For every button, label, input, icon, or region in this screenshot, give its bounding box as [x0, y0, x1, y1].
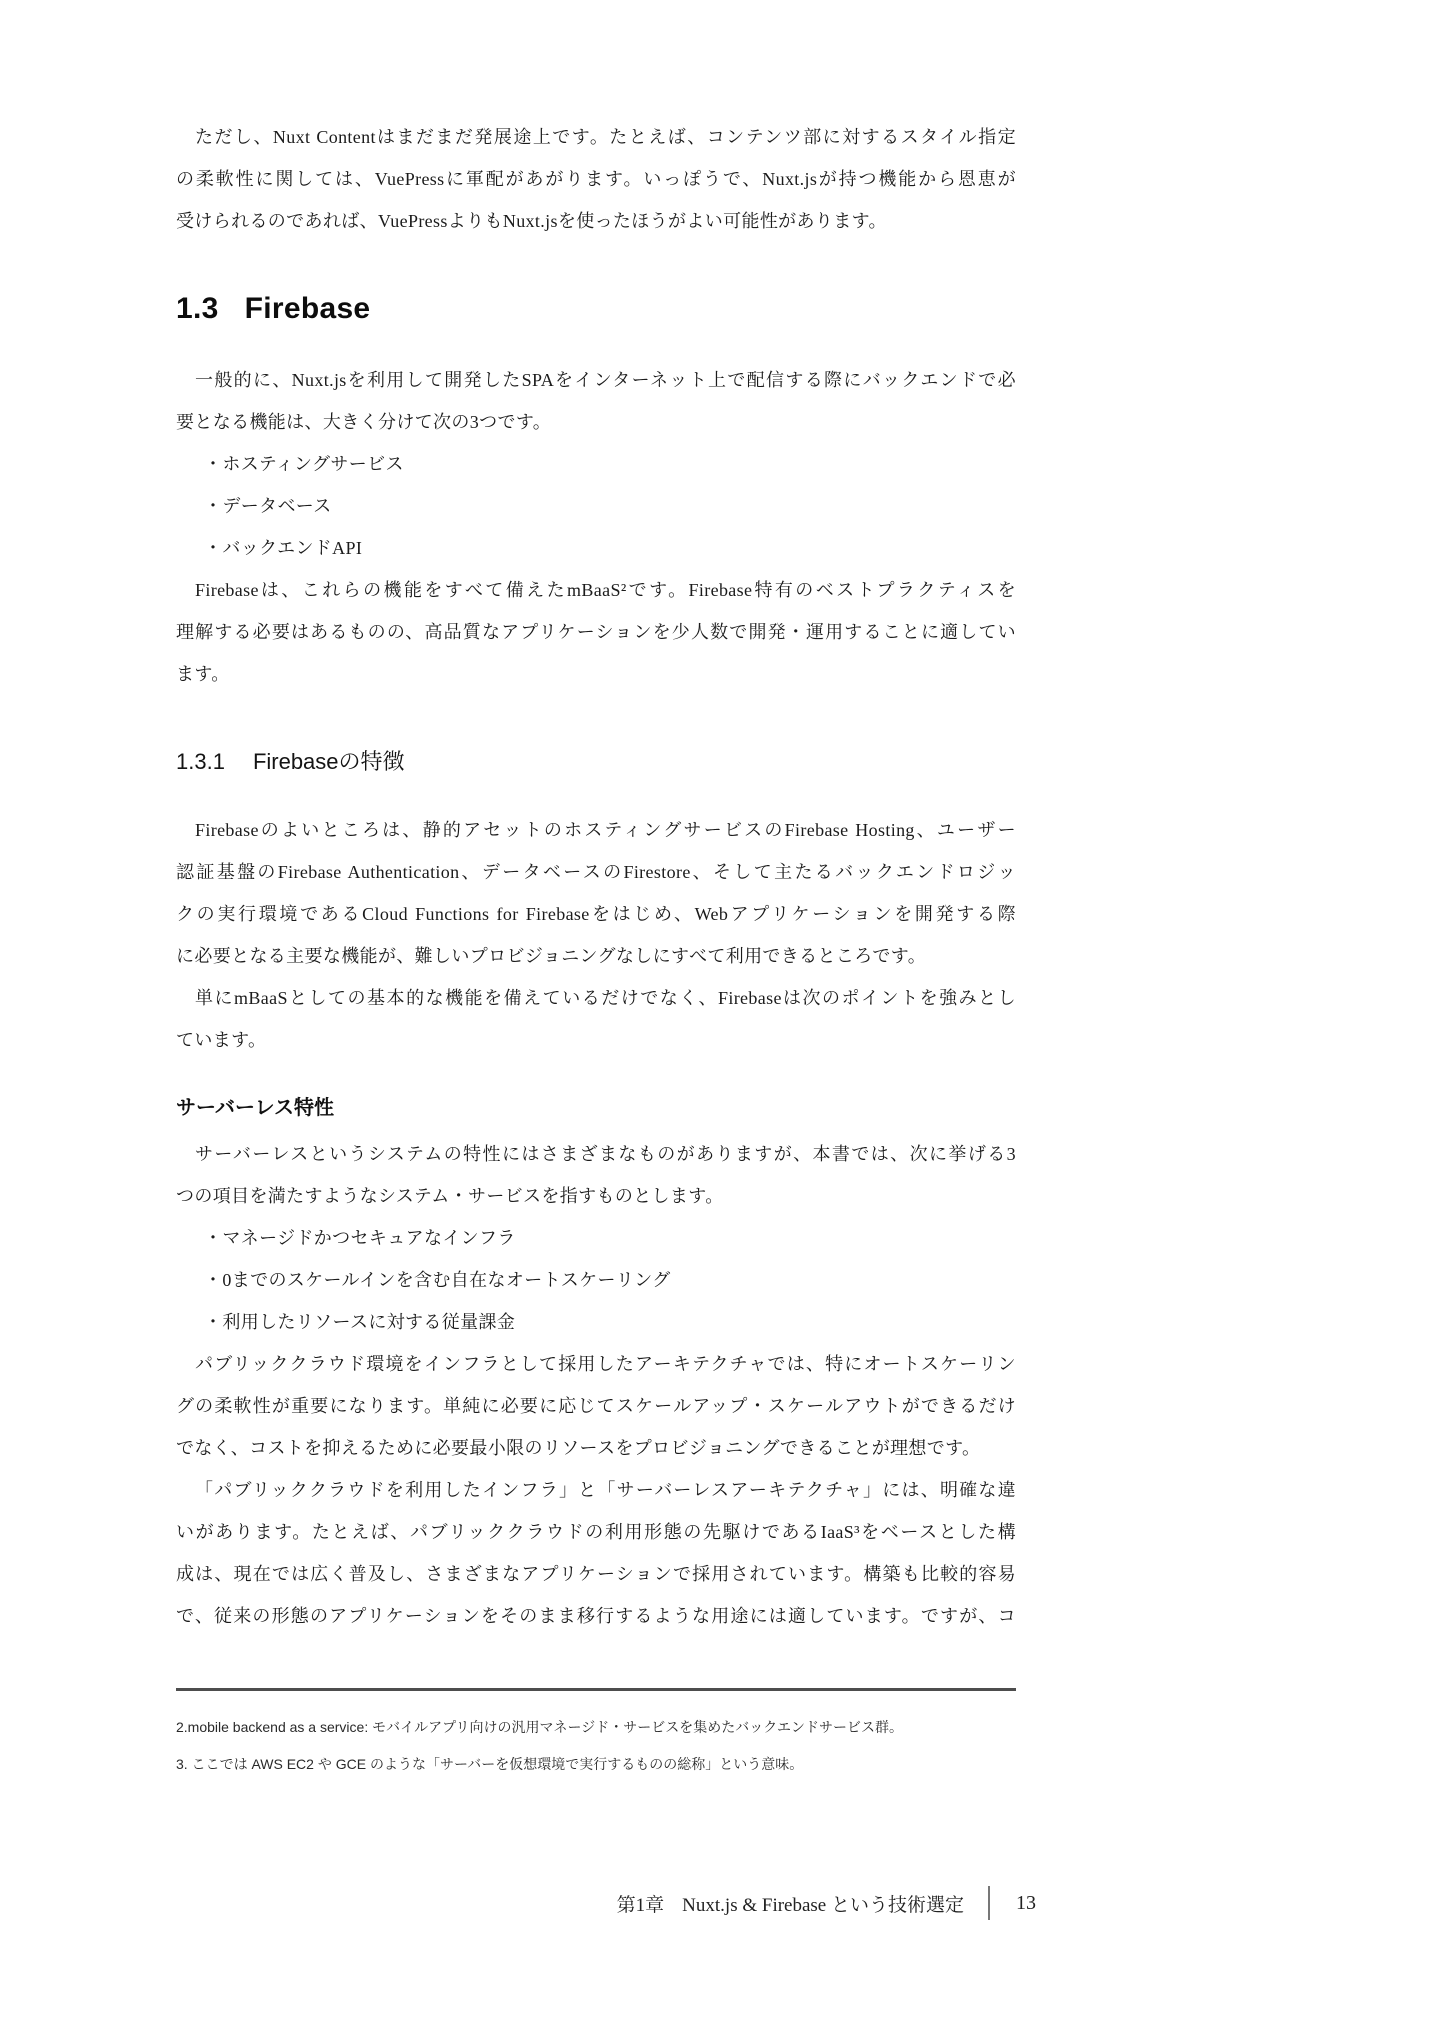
page-footer: 第1章 Nuxt.js & Firebase という技術選定 13: [176, 1886, 1036, 1920]
paragraph-line: で、従来の形態のアプリケーションをそのまま移行するような用途には適しています。で…: [176, 1595, 1016, 1637]
backend-feature-list: ・ホスティングサービス ・データベース ・バックエンドAPI: [176, 443, 1016, 569]
footnote-3-iaas: 3. ここでは AWS EC2 や GCE のような「サーバーを仮想環境で実行す…: [176, 1746, 1016, 1783]
book-page: ただし、Nuxt Contentはまだまだ発展途上です。たとえば、コンテンツ部に…: [0, 0, 1433, 2024]
serverless-criteria-list: ・マネージドかつセキュアなインフラ ・0までのスケールインを含む自在なオートスケ…: [176, 1217, 1016, 1343]
paragraph-line: ます。: [176, 653, 1016, 695]
paragraph-line: グの柔軟性が重要になります。単純に必要に応じてスケールアップ・スケールアウトがで…: [176, 1385, 1016, 1427]
footer-chapter-label: 第1章: [617, 1890, 665, 1917]
firebase-features-paragraph: Firebaseのよいところは、静的アセットのホスティングサービスのFireba…: [176, 809, 1016, 977]
paragraph-line: 要となる機能は、大きく分けて次の3つです。: [176, 401, 1016, 443]
paragraph-line: でなく、コストを抑えるために必要最小限のリソースをプロビジョニングできることが理…: [176, 1427, 1016, 1469]
intro-paragraph: ただし、Nuxt Contentはまだまだ発展途上です。たとえば、コンテンツ部に…: [176, 116, 1016, 242]
paragraph-line: 認証基盤のFirebase Authentication、データベースのFire…: [176, 851, 1016, 893]
section-number: 1.3: [176, 292, 219, 325]
footnote-separator: [176, 1688, 1016, 1691]
footer-divider: [988, 1886, 990, 1920]
text-block: ただし、Nuxt Contentはまだまだ発展途上です。たとえば、コンテンツ部に…: [0, 0, 1433, 1637]
firebase-strengths-paragraph: 単にmBaaSとしての基本的な機能を備えているだけでなく、Firebaseは次の…: [176, 977, 1016, 1061]
footnote-2-mbaas: 2.mobile backend as a service: モバイルアプリ向け…: [176, 1709, 1016, 1746]
paragraph-line: ただし、Nuxt Contentはまだまだ発展途上です。たとえば、コンテンツ部に…: [176, 116, 1016, 158]
paragraph-line: Firebaseは、これらの機能をすべて備えたmBaaS²です。Firebase…: [176, 569, 1016, 611]
paragraph-line: 理解する必要はあるものの、高品質なアプリケーションを少人数で開発・運用することに…: [176, 611, 1016, 653]
paragraph-line: に必要となる主要な機能が、難しいプロビジョニングなしにすべて利用できるところです…: [176, 935, 1016, 977]
footnotes: 2.mobile backend as a service: モバイルアプリ向け…: [176, 1709, 1016, 1783]
paragraph-line: 単にmBaaSとしての基本的な機能を備えているだけでなく、Firebaseは次の…: [176, 977, 1016, 1019]
paragraph-line: パブリッククラウド環境をインフラとして採用したアーキテクチャでは、特にオートスケ…: [176, 1343, 1016, 1385]
subsection-title: Firebaseの特徴: [253, 749, 405, 774]
list-item-managed-infra: ・マネージドかつセキュアなインフラ: [176, 1217, 1016, 1259]
page-number: 13: [1016, 1892, 1036, 1915]
section-1-3-intro-paragraph: 一般的に、Nuxt.jsを利用して開発したSPAをインターネット上で配信する際に…: [176, 359, 1016, 443]
list-item-backend-api: ・バックエンドAPI: [176, 527, 1016, 569]
list-item-database: ・データベース: [176, 485, 1016, 527]
list-item-hosting: ・ホスティングサービス: [176, 443, 1016, 485]
paragraph-line: いがあります。たとえば、パブリッククラウドの利用形態の先駆けであるIaaS³をベ…: [176, 1511, 1016, 1553]
serverless-heading: サーバーレス特性: [176, 1091, 1016, 1125]
paragraph-line: 成は、現在では広く普及し、さまざまなアプリケーションで採用されています。構築も比…: [176, 1553, 1016, 1595]
paragraph-line: の柔軟性に関しては、VuePressに軍配があがります。いっぽうで、Nuxt.j…: [176, 158, 1016, 200]
paragraph-line: ています。: [176, 1019, 1016, 1061]
paragraph-line: Firebaseのよいところは、静的アセットのホスティングサービスのFireba…: [176, 809, 1016, 851]
paragraph-line: 「パブリッククラウドを利用したインフラ」と「サーバーレスアーキテクチャ」には、明…: [176, 1469, 1016, 1511]
list-item-autoscaling: ・0までのスケールインを含む自在なオートスケーリング: [176, 1259, 1016, 1301]
subsection-number: 1.3.1: [176, 749, 225, 774]
section-title: Firebase: [245, 292, 371, 325]
serverless-intro-paragraph: サーバーレスというシステムの特性にはさまざまなものがありますが、本書では、次に挙…: [176, 1133, 1016, 1217]
footer-chapter-title: Nuxt.js & Firebase という技術選定: [682, 1890, 964, 1917]
firebase-mbaas-paragraph: Firebaseは、これらの機能をすべて備えたmBaaS²です。Firebase…: [176, 569, 1016, 695]
paragraph-line: サーバーレスというシステムの特性にはさまざまなものがありますが、本書では、次に挙…: [176, 1133, 1016, 1175]
paragraph-line: 受けられるのであれば、VuePressよりもNuxt.jsを使ったほうがよい可能…: [176, 200, 1016, 242]
paragraph-line: 一般的に、Nuxt.jsを利用して開発したSPAをインターネット上で配信する際に…: [176, 359, 1016, 401]
section-1-3-heading: 1.3Firebase: [176, 289, 1016, 329]
iaas-comparison-paragraph: 「パブリッククラウドを利用したインフラ」と「サーバーレスアーキテクチャ」には、明…: [176, 1469, 1016, 1637]
public-cloud-paragraph: パブリッククラウド環境をインフラとして採用したアーキテクチャでは、特にオートスケ…: [176, 1343, 1016, 1469]
paragraph-line: クの実行環境であるCloud Functions for Firebaseをはじ…: [176, 893, 1016, 935]
list-item-pay-per-use: ・利用したリソースに対する従量課金: [176, 1301, 1016, 1343]
paragraph-line: つの項目を満たすようなシステム・サービスを指すものとします。: [176, 1175, 1016, 1217]
section-1-3-1-heading: 1.3.1Firebaseの特徴: [176, 745, 1016, 779]
